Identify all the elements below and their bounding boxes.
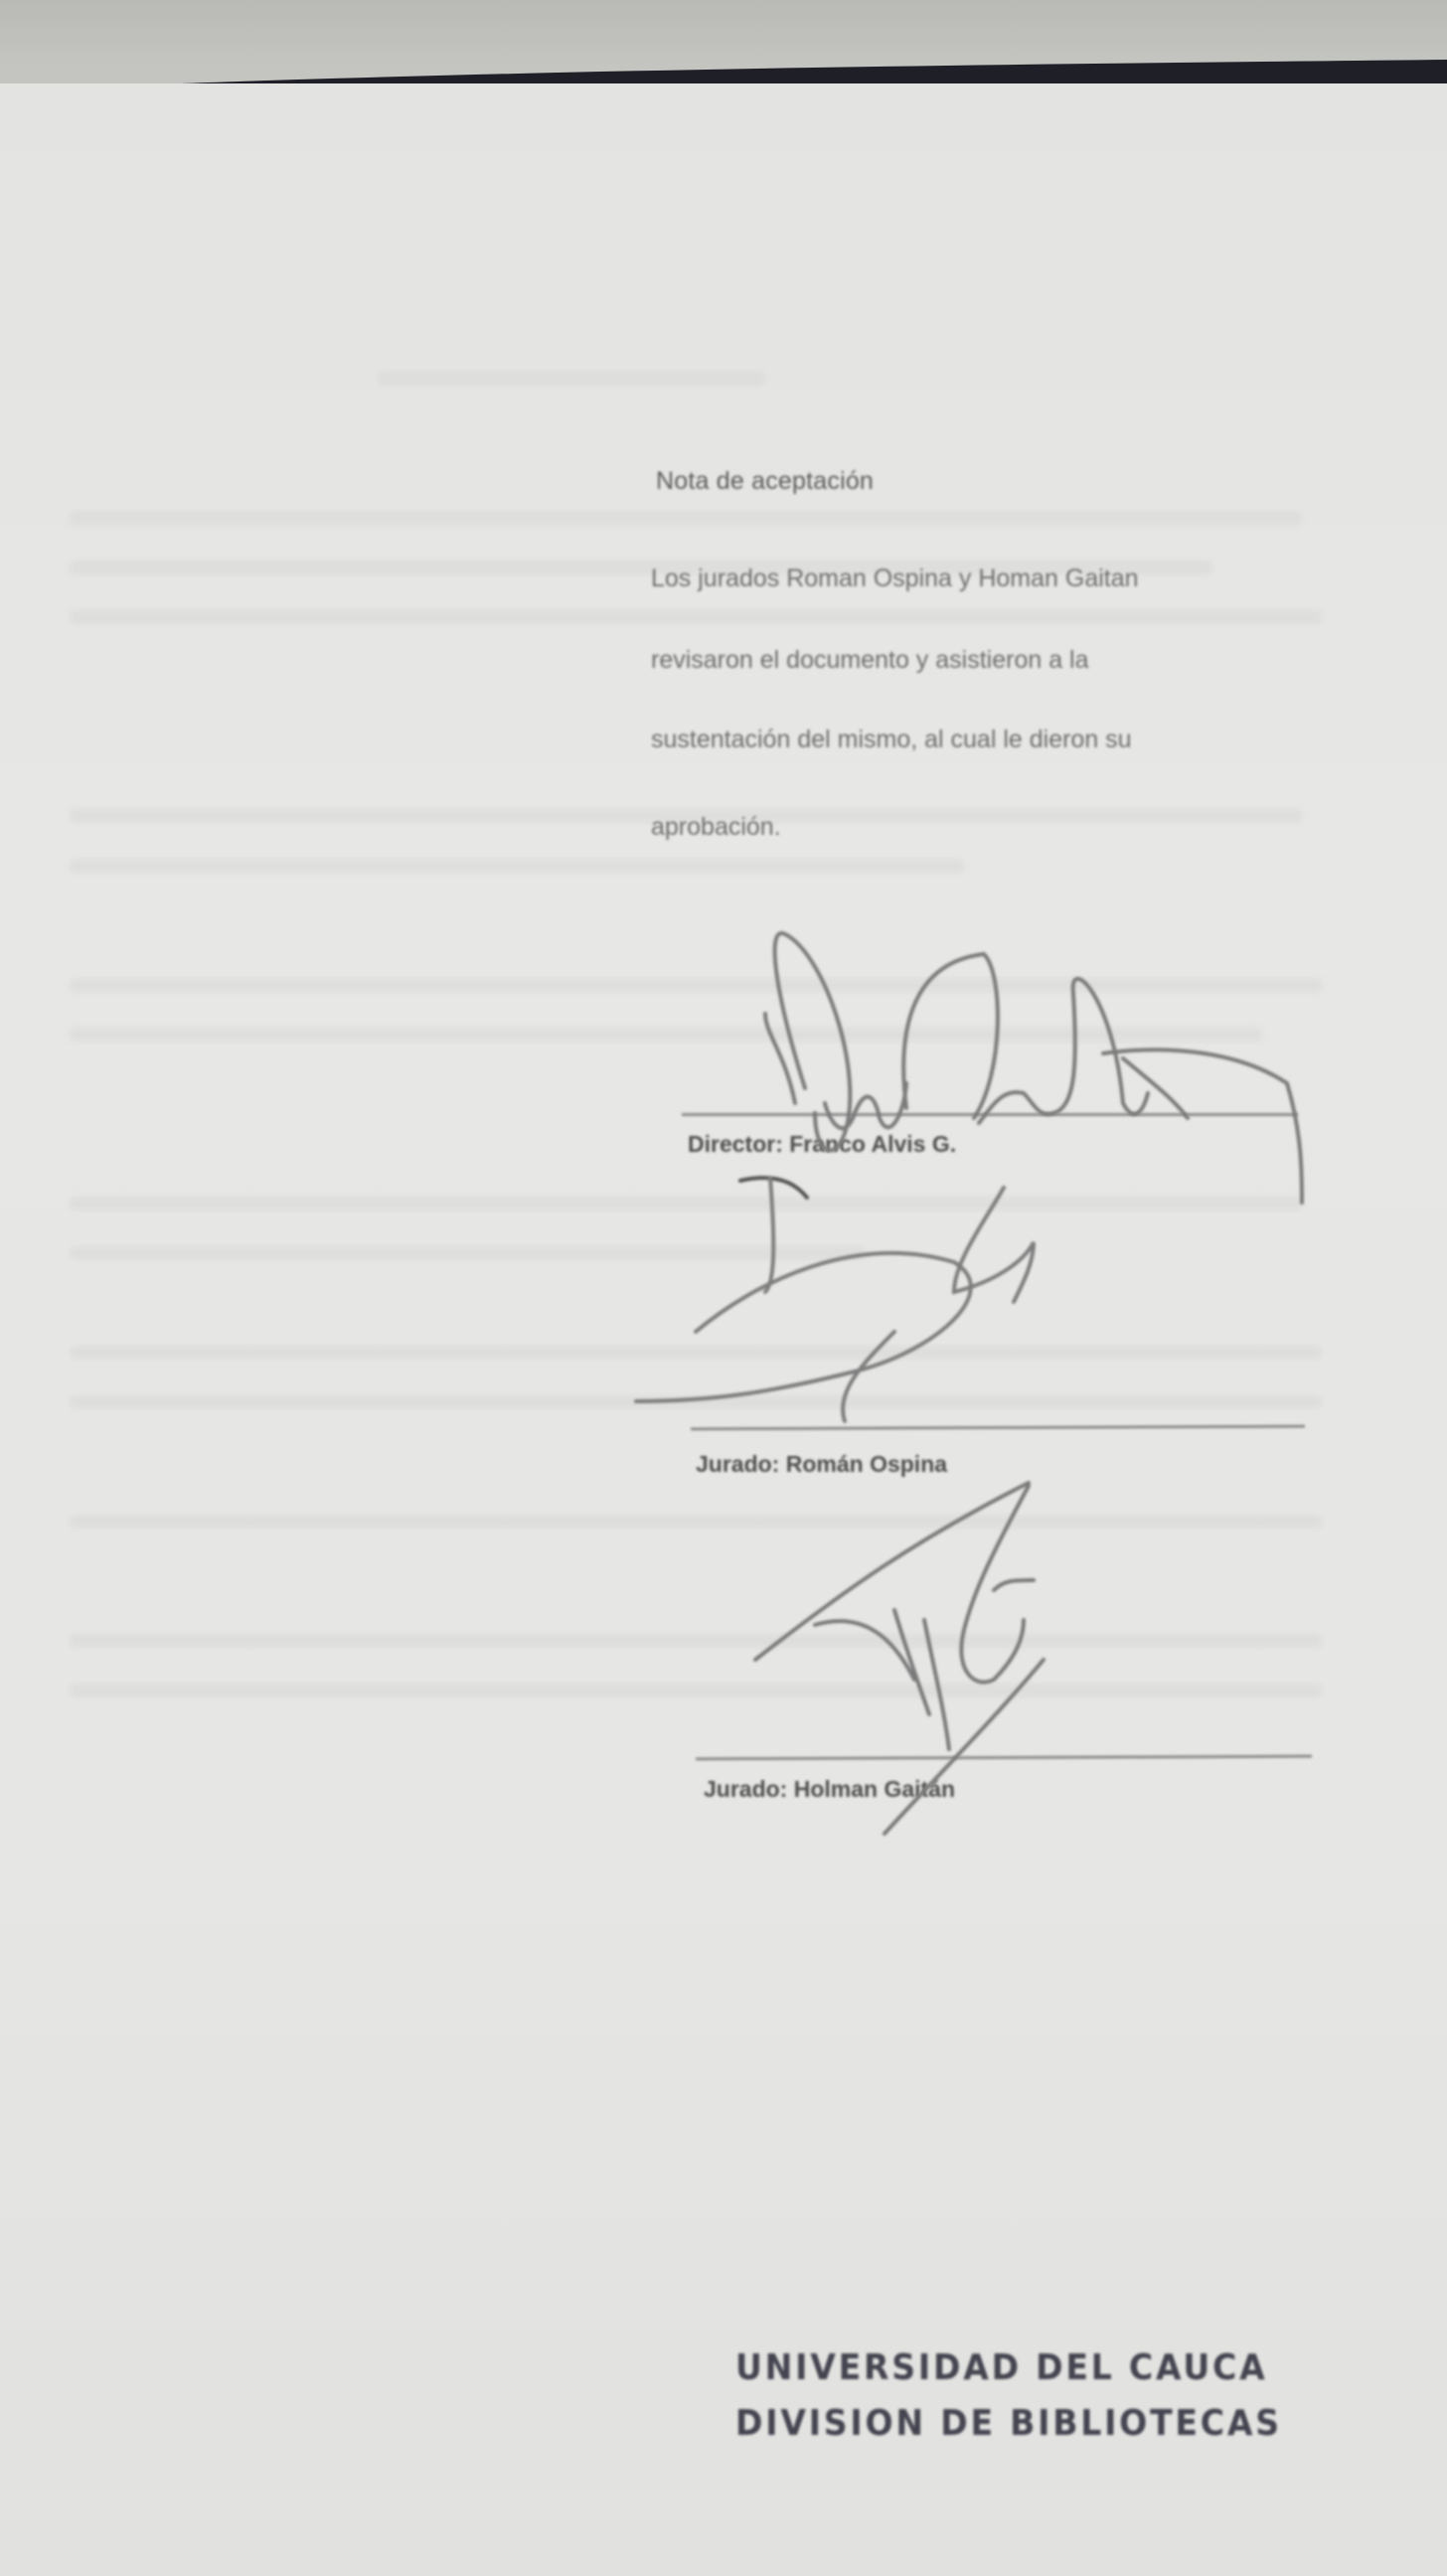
handwritten-signatures (0, 0, 1447, 2576)
director-signature (765, 933, 1302, 1203)
juror-2-signature (755, 1483, 1044, 1834)
juror-1-signature (636, 1178, 1034, 1421)
